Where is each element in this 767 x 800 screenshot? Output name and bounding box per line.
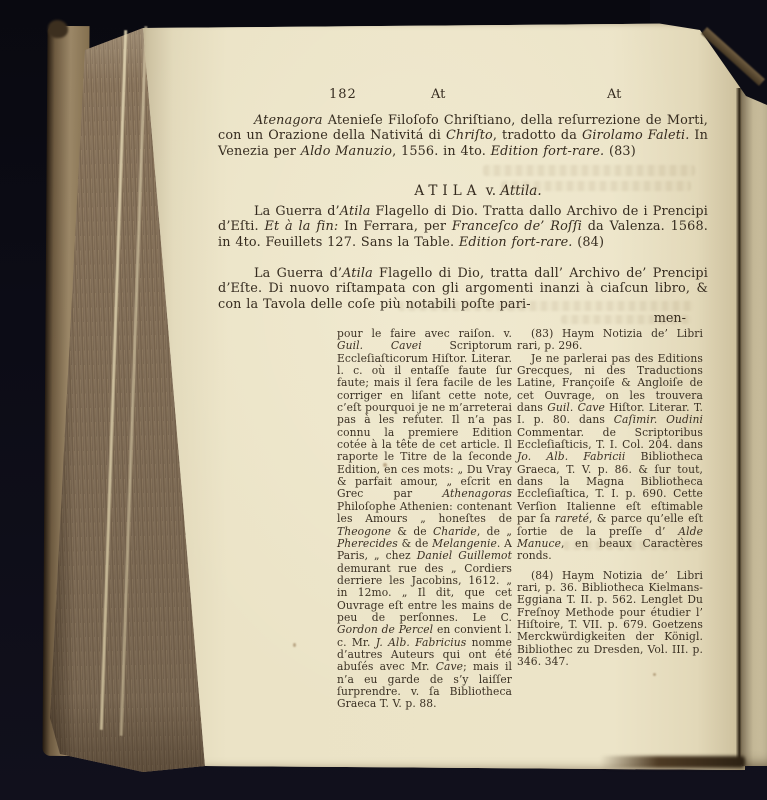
bleed-through-smudge (398, 301, 693, 311)
footnote-column-left: pour le faire avec raiſon. v. Guil. Cave… (337, 328, 512, 711)
running-head-right: At (607, 87, 621, 102)
bleed-through-smudge (501, 181, 691, 191)
facing-page-sliver (742, 26, 767, 766)
foxing-spot (293, 643, 296, 647)
book-corner-bump (48, 20, 68, 38)
book-photo: 182 At At Atenagora Atenieſe Filoſofo Ch… (0, 0, 767, 800)
footnote-editions-note: Je ne parlerai pas des Editions Grecques… (517, 353, 703, 563)
entry-atenagora: Atenagora Atenieſe Filoſofo Chriſtiano, … (218, 113, 708, 159)
page-number: 182 (329, 87, 357, 102)
footnote-84: (84) Haym Notizia de’ Libri rari, p. 36.… (517, 570, 703, 669)
book-page: 182 At At Atenagora Atenieſe Filoſofo Ch… (143, 23, 745, 770)
foxing-spot (653, 673, 656, 676)
bleed-through-smudge (561, 315, 691, 324)
bottom-edge-shadow (600, 756, 745, 768)
footnote-continuation: pour le faire avec raiſon. v. Guil. Cave… (337, 328, 512, 711)
footnote-83: (83) Haym Notizia de’ Libri rari, p. 296… (517, 328, 703, 353)
bleed-through-smudge (563, 541, 698, 550)
foxing-spot (383, 463, 387, 467)
footnote-column-right: (83) Haym Notizia de’ Libri rari, p. 296… (517, 328, 703, 668)
page-text-layer: 182 At At Atenagora Atenieſe Filoſofo Ch… (143, 23, 745, 770)
bleed-through-smudge (483, 165, 695, 176)
entry-guerra-atila-1: La Guerra d’Atila Flagello di Dio. Tratt… (218, 204, 708, 250)
running-head-left: At (431, 87, 445, 102)
